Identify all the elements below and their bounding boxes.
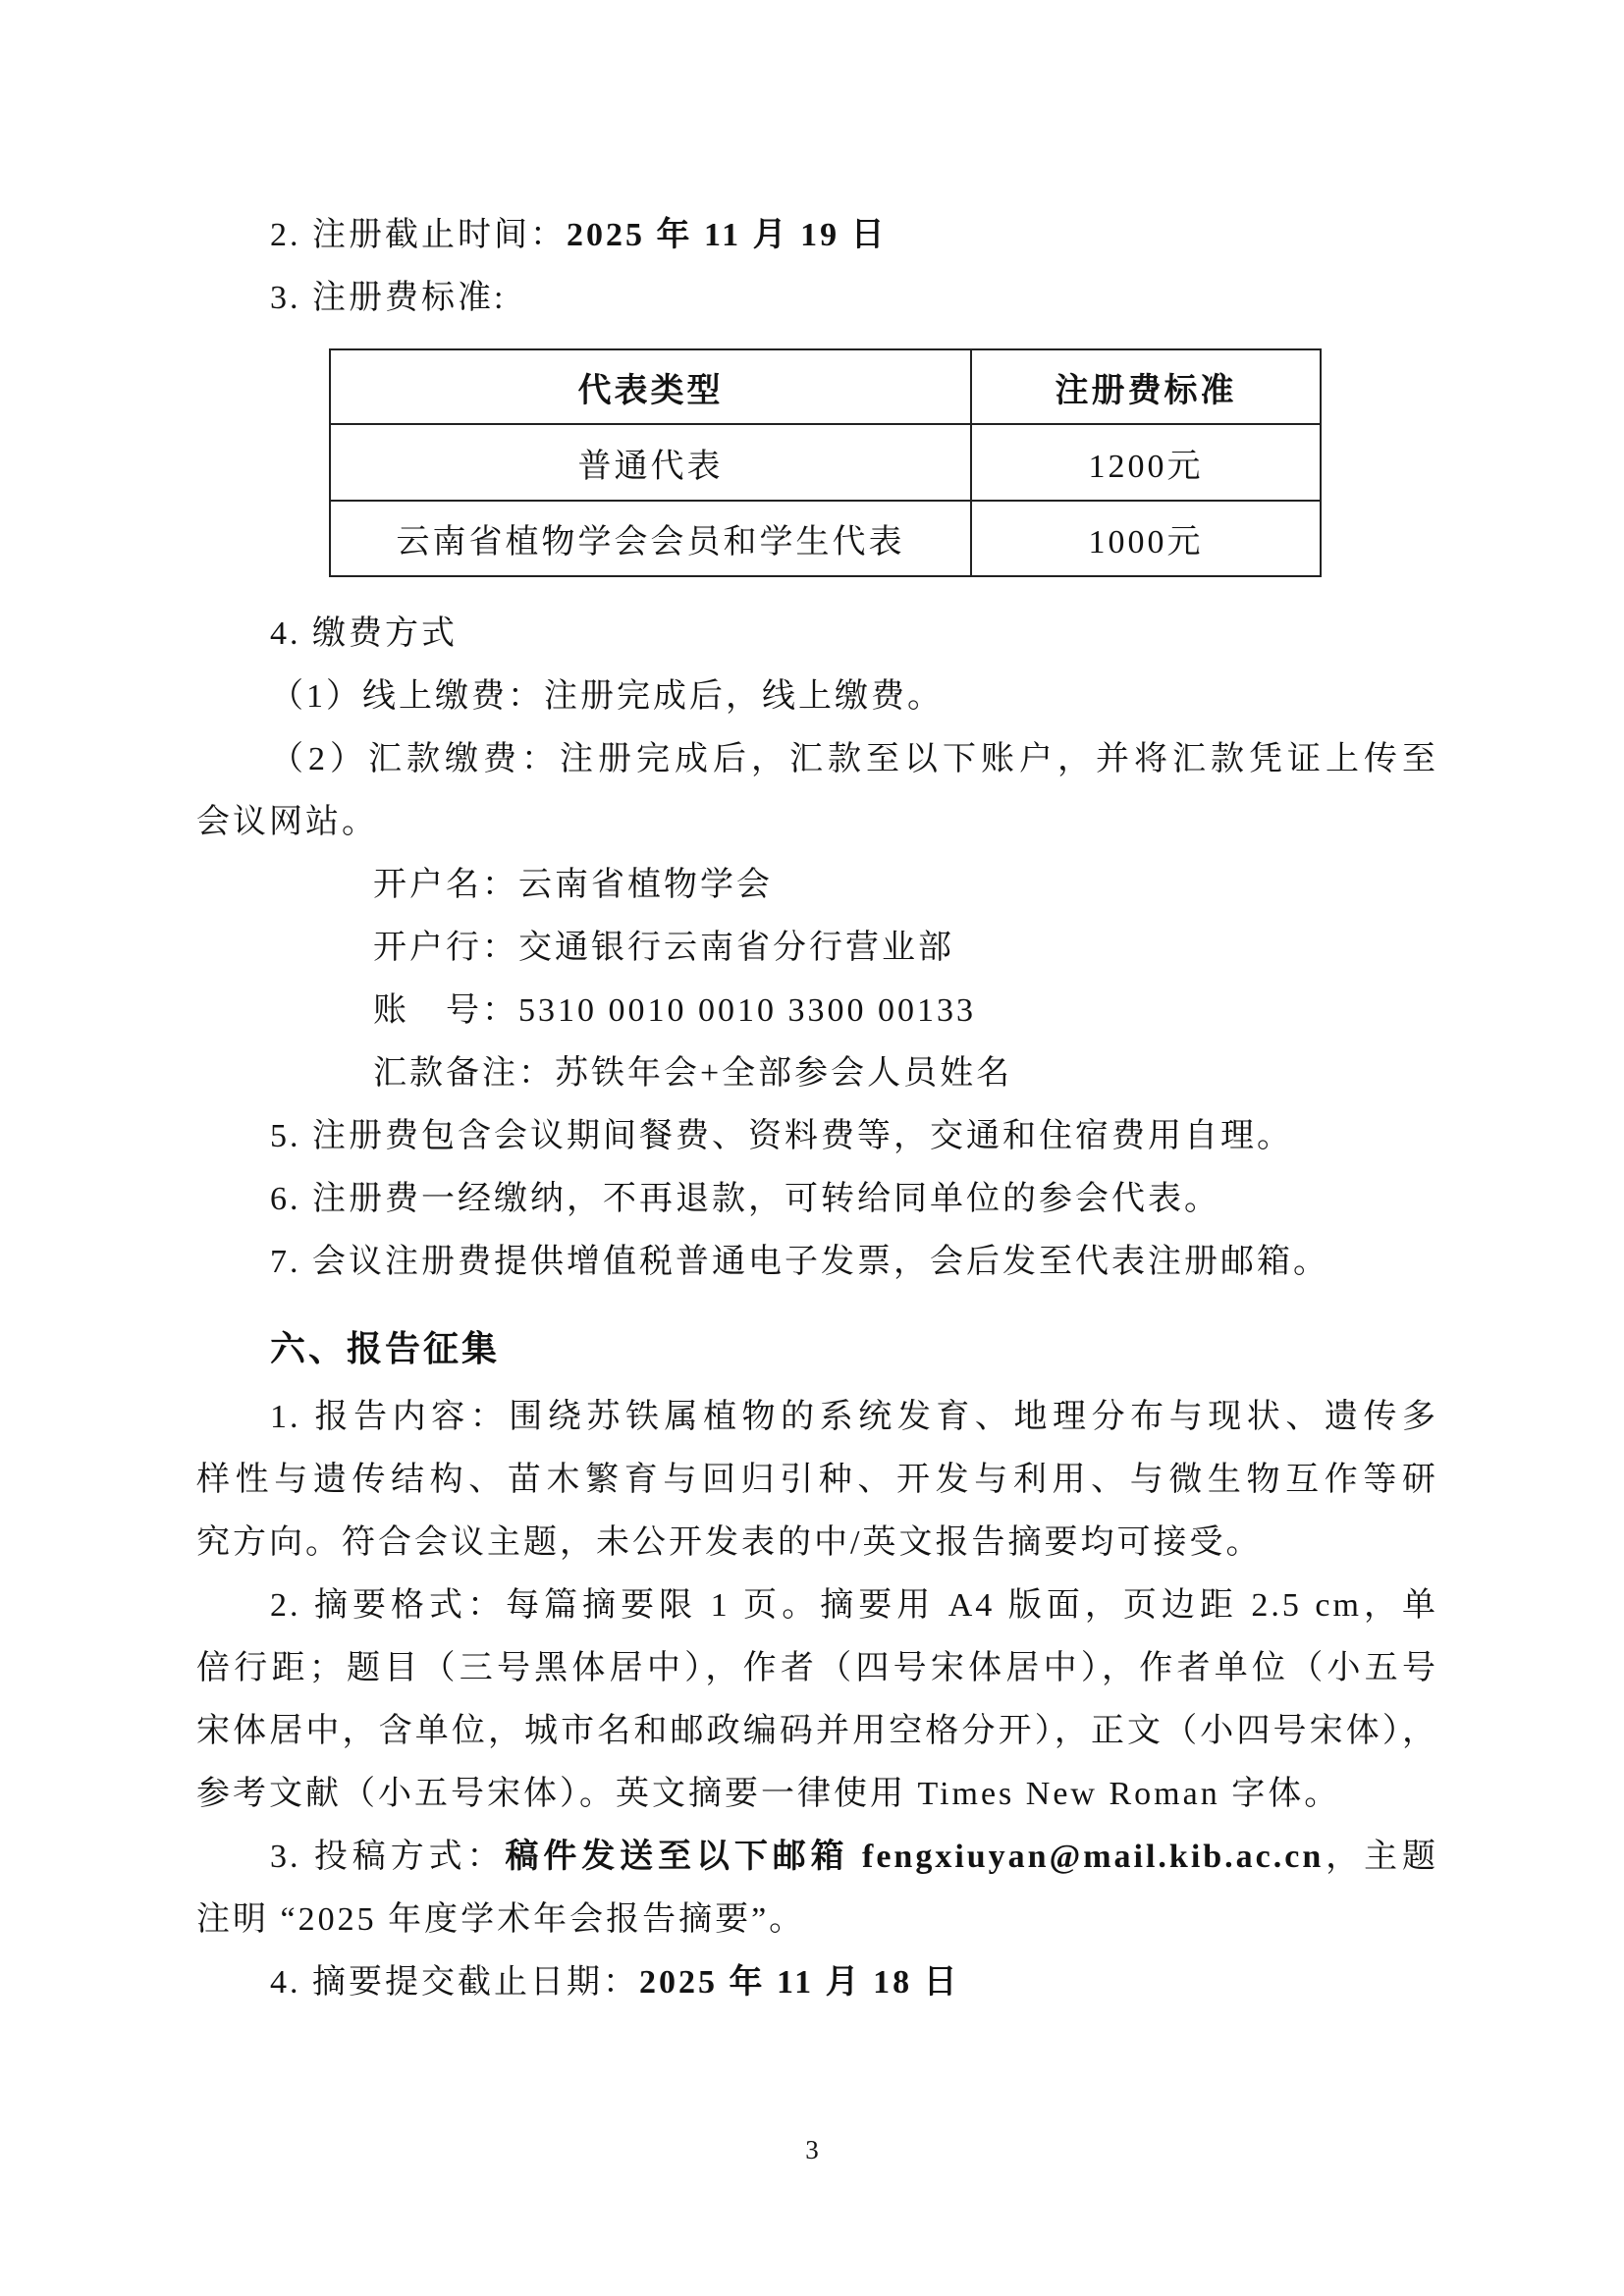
- section-heading-report-collection: 六、报告征集: [196, 1317, 1438, 1380]
- abstract-deadline-label: 4. 摘要提交截止日期：: [270, 1964, 639, 2001]
- bank-remit-note: 汇款备注：苏铁年会+全部参会人员姓名: [373, 1042, 1438, 1105]
- table-row: 普通代表 1200元: [330, 424, 1321, 501]
- paragraph-abstract-deadline: 4. 摘要提交截止日期：2025 年 11 月 18 日: [196, 1951, 1438, 2014]
- submission-email: 稿件发送至以下邮箱 fengxiuyan@mail.kib.ac.cn: [505, 1839, 1324, 1875]
- bank-account-name: 开户名：云南省植物学会: [373, 854, 1438, 917]
- abstract-format-line2: 倍行距；题目（三号黑体居中），作者（四号宋体居中），作者单位（小五号: [196, 1637, 1438, 1700]
- submission-method-line2: 注明 “2025 年度学术年会报告摘要”。: [196, 1889, 1438, 1951]
- report-content-line2: 样性与遗传结构、苗木繁育与回归引种、开发与利用、与微生物互作等研: [196, 1449, 1438, 1512]
- table-header-fee-standard: 注册费标准: [971, 349, 1321, 424]
- document-page: 2. 注册截止时间：2025 年 11 月 19 日 3. 注册费标准: 代表类…: [0, 0, 1624, 2296]
- paragraph-registration-deadline: 2. 注册截止时间：2025 年 11 月 19 日: [196, 204, 1438, 267]
- table-cell-fee: 1000元: [971, 501, 1321, 576]
- registration-fee-table: 代表类型 注册费标准 普通代表 1200元 云南省植物学会会员和学生代表 100…: [329, 348, 1322, 577]
- submission-method-label: 3. 投稿方式：: [270, 1839, 505, 1875]
- abstract-format-line3: 宋体居中，含单位，城市名和邮政编码并用空格分开），正文（小四号宋体），: [196, 1700, 1438, 1763]
- paragraph-online-payment: （1）线上缴费：注册完成后，线上缴费。: [196, 666, 1438, 728]
- report-content-line3: 究方向。符合会议主题，未公开发表的中/英文报告摘要均可接受。: [196, 1512, 1438, 1575]
- submission-method-tail: ，主题: [1324, 1839, 1438, 1875]
- registration-deadline-label: 2. 注册截止时间：: [270, 217, 567, 253]
- bank-account-number: 账 号：5310 0010 0010 3300 00133: [373, 980, 1438, 1042]
- table-cell-delegate-type: 云南省植物学会会员和学生代表: [330, 501, 971, 576]
- paragraph-payment-method-title: 4. 缴费方式: [196, 603, 1438, 666]
- page-number: 3: [0, 2130, 1624, 2169]
- table-header-delegate-type: 代表类型: [330, 349, 971, 424]
- paragraph-note-5: 5. 注册费包含会议期间餐费、资料费等，交通和住宿费用自理。: [196, 1105, 1438, 1168]
- bank-branch: 开户行：交通银行云南省分行营业部: [373, 917, 1438, 980]
- paragraph-fee-standard-label: 3. 注册费标准:: [196, 267, 1438, 330]
- table-cell-delegate-type: 普通代表: [330, 424, 971, 501]
- table-row: 云南省植物学会会员和学生代表 1000元: [330, 501, 1321, 576]
- table-cell-fee: 1200元: [971, 424, 1321, 501]
- abstract-format-line4: 参考文献（小五号宋体）。英文摘要一律使用 Times New Roman 字体。: [196, 1763, 1438, 1826]
- paragraph-note-6: 6. 注册费一经缴纳，不再退款，可转给同单位的参会代表。: [196, 1168, 1438, 1231]
- paragraph-note-7: 7. 会议注册费提供增值税普通电子发票，会后发至代表注册邮箱。: [196, 1231, 1438, 1294]
- submission-method-line1: 3. 投稿方式：稿件发送至以下邮箱 fengxiuyan@mail.kib.ac…: [196, 1826, 1438, 1889]
- paragraph-remit-payment-line2: 会议网站。: [196, 791, 1438, 854]
- abstract-deadline-date: 2025 年 11 月 18 日: [639, 1964, 960, 2001]
- table-header-row: 代表类型 注册费标准: [330, 349, 1321, 424]
- report-content-line1: 1. 报告内容：围绕苏铁属植物的系统发育、地理分布与现状、遗传多: [196, 1386, 1438, 1449]
- page-content: 2. 注册截止时间：2025 年 11 月 19 日 3. 注册费标准: 代表类…: [196, 204, 1438, 2014]
- registration-deadline-date: 2025 年 11 月 19 日: [567, 217, 888, 253]
- abstract-format-line1: 2. 摘要格式：每篇摘要限 1 页。摘要用 A4 版面，页边距 2.5 cm，单: [196, 1575, 1438, 1637]
- paragraph-remit-payment-line1: （2）汇款缴费：注册完成后，汇款至以下账户，并将汇款凭证上传至: [196, 728, 1438, 791]
